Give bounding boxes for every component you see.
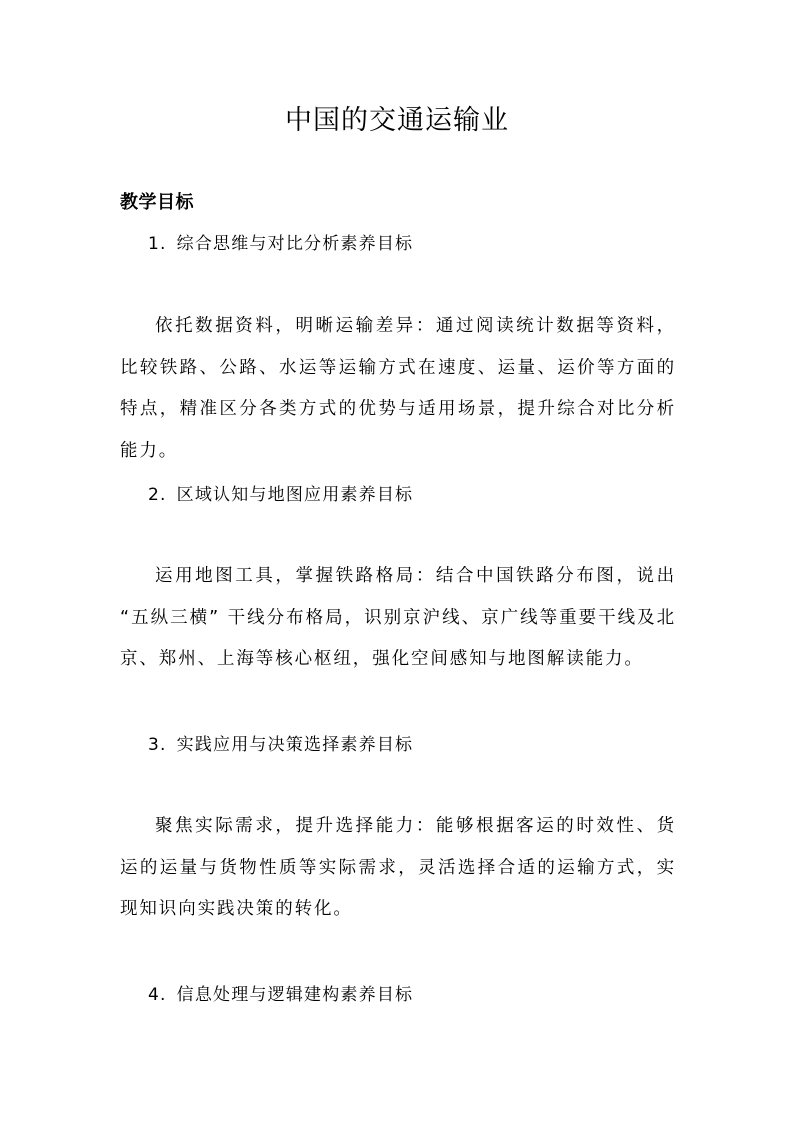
goal-4-title: 4.信息处理与逻辑建构素养目标 <box>148 980 413 1005</box>
document-title: 中国的交通运输业 <box>0 98 794 137</box>
section-heading-teaching-goals: 教学目标 <box>120 188 194 214</box>
goal-2-number: 2. <box>148 485 167 505</box>
goal-4-title-text: 信息处理与逻辑建构素养目标 <box>177 985 414 1005</box>
goal-3-title-text: 实践应用与决策选择素养目标 <box>177 735 414 755</box>
goal-1-paragraph: 依托数据资料，明晰运输差异：通过阅读统计数据等资料，比较铁路、公路、水运等运输方… <box>120 306 676 472</box>
goal-2-paragraph: 运用地图工具，掌握铁路格局：结合中国铁路分布图，说出 “五纵三横” 干线分布格局… <box>120 556 676 681</box>
document-page: 中国的交通运输业 教学目标 1.综合思维与对比分析素养目标 依托数据资料，明晰运… <box>0 0 794 1123</box>
goal-3-number: 3. <box>148 735 167 755</box>
goal-4-number: 4. <box>148 985 167 1005</box>
goal-1-title: 1.综合思维与对比分析素养目标 <box>148 229 413 254</box>
goal-1-number: 1. <box>148 234 167 254</box>
goal-3-title: 3.实践应用与决策选择素养目标 <box>148 730 413 755</box>
goal-2-title: 2.区域认知与地图应用素养目标 <box>148 480 413 505</box>
goal-3-paragraph: 聚焦实际需求，提升选择能力：能够根据客运的时效性、货运的运量与货物性质等实际需求… <box>120 806 676 931</box>
goal-2-title-text: 区域认知与地图应用素养目标 <box>177 485 414 505</box>
goal-1-title-text: 综合思维与对比分析素养目标 <box>177 234 414 254</box>
